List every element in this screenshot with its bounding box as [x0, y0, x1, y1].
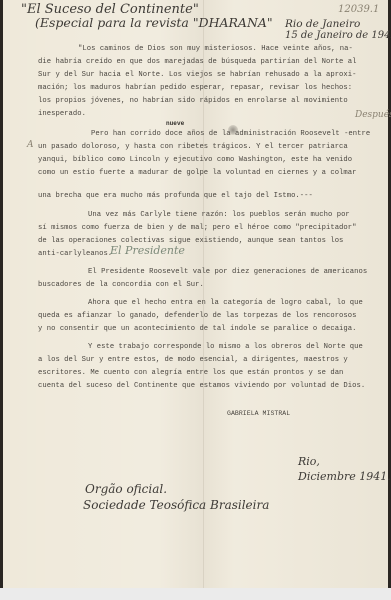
- handwritten-date: 15 de Janeiro de 1942: [285, 30, 391, 41]
- body-line: a los del Sur y entre estos, de modo ese…: [38, 356, 348, 364]
- body-line: un pasado doloroso, y hasta con ribetes …: [38, 143, 348, 151]
- body-line: escritores. Me cuento con alegría entre …: [38, 369, 343, 377]
- archive-number: 12039.1: [338, 4, 379, 15]
- scan-bottom-edge: [0, 588, 391, 600]
- body-line: yanqui, bíblico como Lincoln y ejecutivo…: [38, 156, 352, 164]
- body-line: El Presidente Roosevelt vale por diez ge…: [88, 268, 367, 276]
- handwritten-place: Rio de Janeiro: [285, 18, 360, 30]
- body-line: los propios jóvenes, no habrían sido ráp…: [38, 97, 348, 105]
- body-line: inesperado.: [38, 110, 86, 118]
- margin-mark-left: A: [27, 140, 34, 150]
- body-line: cuenta del suceso del Continente que est…: [38, 382, 365, 390]
- body-line: Sur y del Sur hacia el Norte. Los viejos…: [38, 71, 357, 79]
- footer-org-line2: Sociedade Teosófica Brasileira: [83, 498, 269, 512]
- body-line: de las operaciones colectivas sigue exis…: [38, 237, 343, 245]
- handwritten-subtitle: (Especial para la revista "DHARANA": [35, 15, 273, 30]
- ink-smudge: [228, 125, 238, 135]
- handwritten-insertion: El Presidente: [110, 244, 185, 257]
- body-line: die habría creído en que dos marejadas d…: [38, 58, 357, 66]
- body-line: Una vez más Carlyle tiene razón: los pue…: [88, 211, 350, 219]
- body-line: queda es afianzar lo ganado, defenderlo …: [38, 312, 357, 320]
- body-line: como un estío fuerte a madurar de golpe …: [38, 169, 357, 177]
- body-line: "Los caminos de Dios son muy misteriosos…: [78, 45, 353, 53]
- margin-note-right: Después: [355, 110, 391, 120]
- body-line: Y este trabajo corresponde lo mismo a lo…: [88, 343, 363, 351]
- body-line: buscadores de la concordia con el Sur.: [38, 281, 204, 289]
- body-line: mación; los maduros habrían pedido esper…: [38, 84, 352, 92]
- footer-date: Diciembre 1941.: [298, 470, 391, 483]
- footer-place: Rio,: [298, 455, 320, 468]
- footer-org-line1: Orgão oficial.: [85, 482, 167, 496]
- document-page: 12039.1 "El Suceso del Continente" (Espe…: [3, 0, 388, 588]
- body-line: anti-carlyleanos.: [38, 250, 112, 258]
- body-line: sí mismos como fuerza de bien y de mal; …: [38, 224, 357, 232]
- body-line: Ahora que el hecho entra en la categoría…: [88, 299, 363, 307]
- body-line: y no consentir que un acontecimiento de …: [38, 325, 357, 333]
- body-line: una brecha que era mucho más profunda qu…: [38, 192, 313, 200]
- inserted-word: nueve: [166, 120, 184, 127]
- signature: GABRIELA MISTRAL: [227, 410, 290, 417]
